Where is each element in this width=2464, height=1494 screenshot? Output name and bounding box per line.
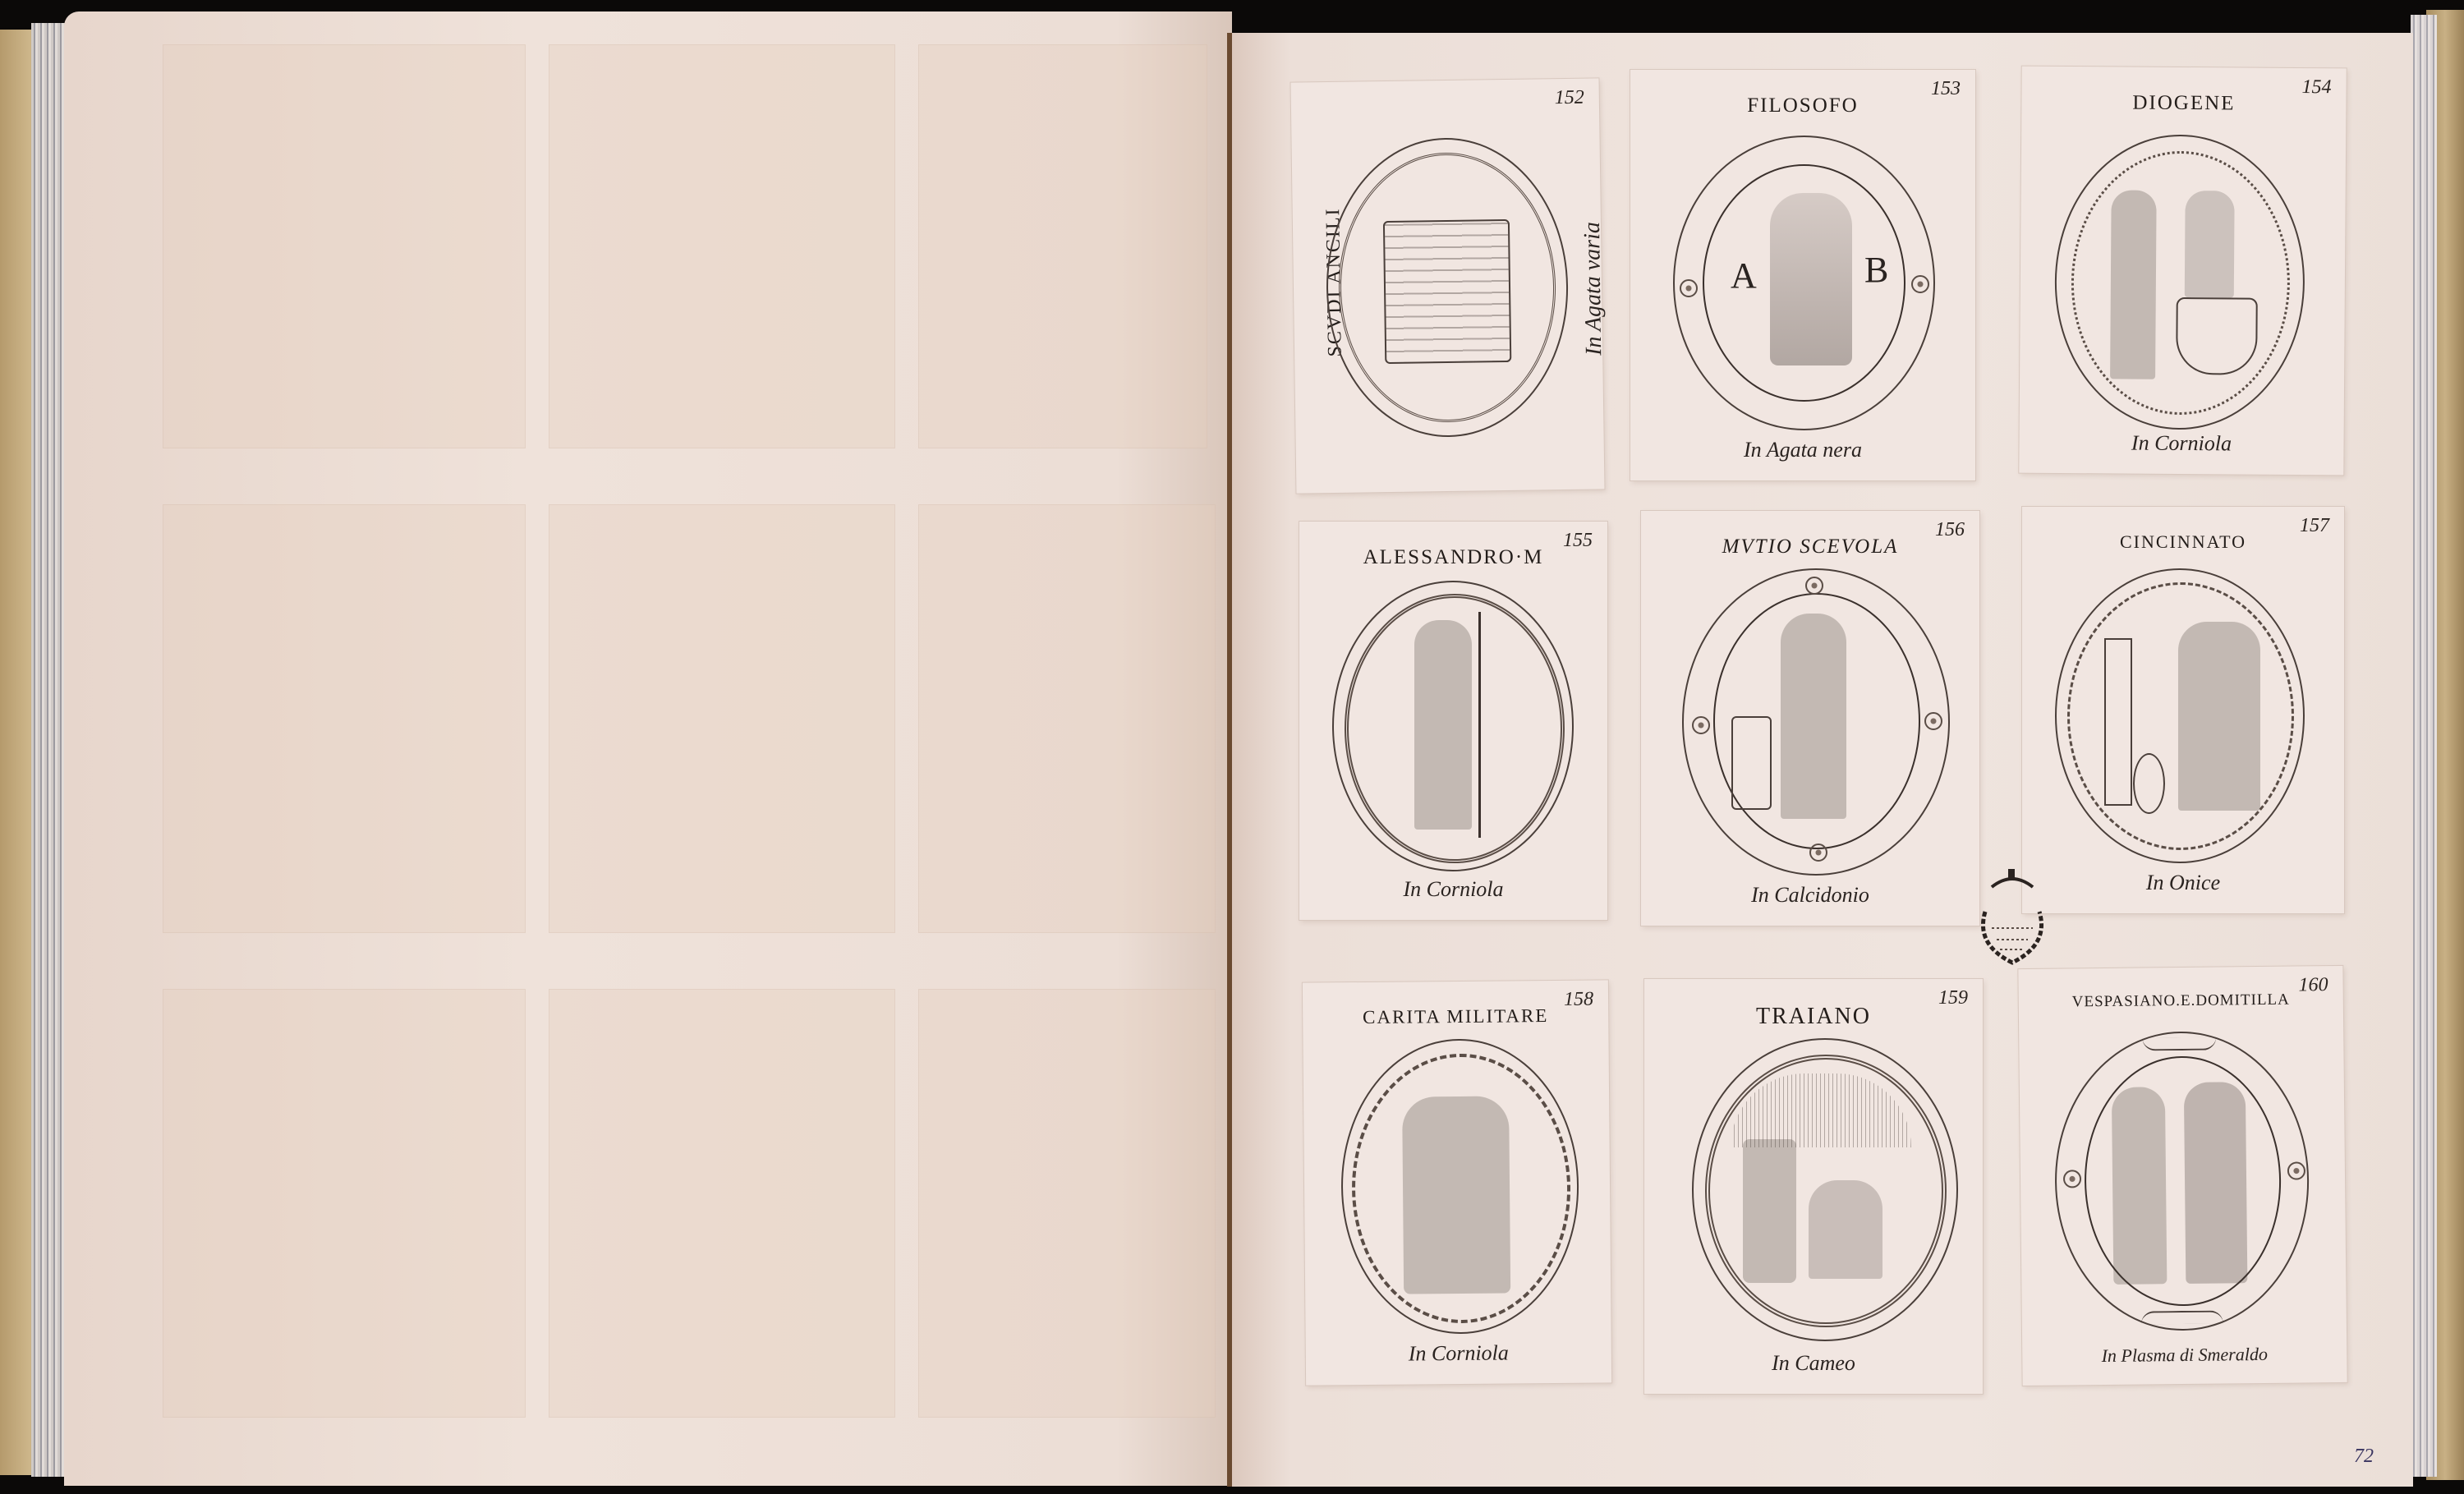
plate-title: CARITA MILITARE: [1303, 1004, 1608, 1028]
column-with-urn-engraving: [2104, 638, 2132, 806]
laurel-sprig-top: [2142, 1037, 2216, 1051]
altar-engraving: [1731, 716, 1772, 810]
plate-caption: In Plasma di Smeraldo: [2022, 1343, 2347, 1368]
show-through-plate: [549, 504, 895, 933]
crowned-wreath-stamp-icon: [1967, 862, 2057, 968]
show-through-plate: [163, 504, 526, 933]
domitilla-figure-engraving: [2112, 1087, 2167, 1285]
plate-caption: In Onice: [2022, 871, 2344, 895]
show-through-plate: [918, 989, 1216, 1418]
plate-title: DIOGENE: [2021, 91, 2346, 117]
seated-philosopher-engraving: [1770, 193, 1852, 365]
plate-156: 156 MVTIO SCEVOLA In Calcidonio: [1641, 511, 1979, 926]
shield-engraving: [2133, 753, 2165, 814]
plate-157: 157 CINCINNATO In Onice: [2022, 507, 2344, 913]
plate-caption: In Corniola: [2019, 430, 2343, 457]
plate-caption: In Agata varia: [1578, 124, 1609, 453]
plate-154: 154 DIOGENE In Corniola: [2019, 67, 2346, 476]
margin-pencil-note: faint pencil annotation: [1197, 188, 1214, 323]
rosette-ornament: [1924, 712, 1942, 730]
laurel-wreath-border: [2071, 150, 2291, 416]
show-through-plate: [918, 504, 1216, 933]
rosette-ornament: [1692, 716, 1710, 734]
vespasian-figure-engraving: [2184, 1082, 2248, 1284]
plate-158: 158 CARITA MILITARE In Corniola: [1303, 980, 1611, 1385]
rosette-ornament: [1809, 844, 1827, 862]
show-through-plate: [549, 989, 895, 1418]
plate-caption: In Corniola: [1306, 1340, 1611, 1367]
show-through-plate: [163, 44, 526, 448]
letter-a: A: [1731, 255, 1757, 297]
plate-caption: In Agata nera: [1630, 438, 1975, 462]
plate-title: TRAIANO: [1644, 1004, 1983, 1030]
folio-number: 72: [2354, 1446, 2374, 1468]
kneeling-captive-engraving: [1809, 1180, 1882, 1279]
laurel-sprig-bottom: [2141, 1310, 2223, 1324]
plate-159: 159 TRAIANO In Cameo: [1644, 979, 1983, 1394]
plate-title: MVTIO SCEVOLA: [1641, 536, 1979, 559]
show-through-plate: [918, 44, 1207, 448]
plate-153: 153 FILOSOFO A B In Agata nera: [1630, 70, 1975, 480]
rosette-ornament: [1911, 275, 1929, 293]
rosette-ornament: [1805, 577, 1823, 595]
page-edges-right: [2411, 15, 2437, 1477]
plate-155: 155 ALESSANDRO·M In Corniola: [1299, 522, 1607, 920]
show-through-plate: [549, 44, 895, 448]
plate-title: ALESSANDRO·M: [1299, 546, 1607, 569]
standing-philosopher-engraving: [2110, 190, 2157, 379]
show-through-plate: [163, 989, 526, 1418]
plate-caption: In Corniola: [1299, 877, 1607, 902]
plate-title: FILOSOFO: [1630, 94, 1975, 117]
plate-160: 160 VESPASIANO.E.DOMITILLA In Plasma di …: [2018, 966, 2347, 1386]
plate-caption: In Calcidonio: [1641, 883, 1979, 908]
plate-152: 152 SCVDI ANCILI In Agata varia: [1291, 78, 1605, 493]
plate-caption: In Cameo: [1644, 1351, 1983, 1376]
library-ownership-stamp: [1967, 862, 2057, 968]
plate-number: 152: [1555, 87, 1584, 110]
jar-engraving: [2176, 297, 2258, 375]
plate-title: VESPASIANO.E.DOMITILLA: [2019, 991, 2343, 1012]
soldier-carrying-comrade-engraving: [1402, 1096, 1510, 1294]
letter-b: B: [1864, 249, 1888, 291]
cincinnatus-figure-engraving: [2178, 622, 2260, 811]
mucius-scaevola-engraving: [1781, 614, 1846, 819]
plate-title: CINCINNATO: [2022, 531, 2344, 553]
spear-engraving: [1478, 612, 1481, 838]
alexander-figure-engraving: [1414, 620, 1472, 830]
left-page-blank: [64, 11, 1232, 1486]
rosette-ornament: [1680, 279, 1698, 297]
ancile-shields-engraving: [1383, 219, 1511, 364]
trajan-figure-engraving: [1743, 1139, 1796, 1283]
rosette-ornament: [2063, 1170, 2081, 1188]
diogenes-figure-engraving: [2185, 191, 2235, 297]
rosette-ornament: [2287, 1161, 2305, 1179]
